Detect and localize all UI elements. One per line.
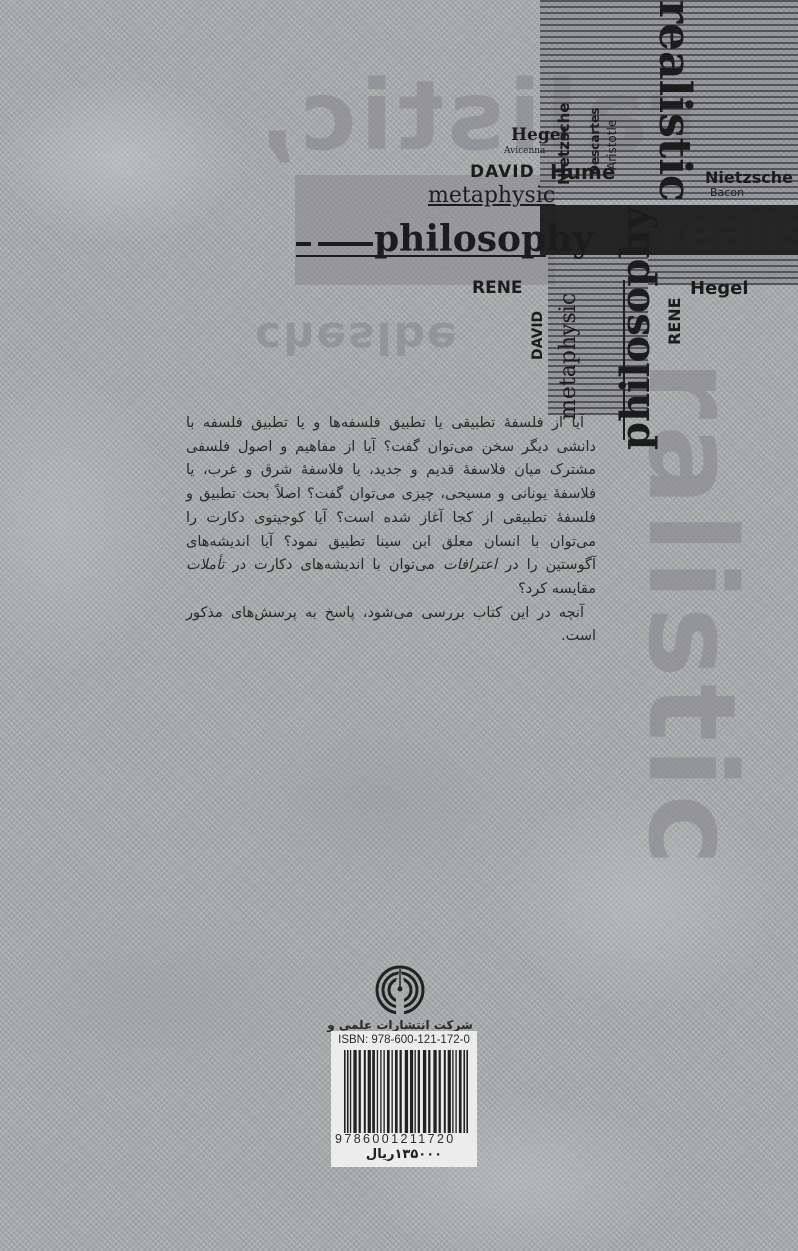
collage-word-realism: realism bbox=[660, 205, 798, 261]
collage-word-avicenna: Avicenna bbox=[504, 146, 545, 156]
vertical-rule bbox=[623, 280, 625, 440]
underline-rule bbox=[296, 255, 546, 257]
collage-vertical-descartes: Descartes bbox=[588, 108, 602, 175]
price-label: ۱۳۵۰۰۰ریال bbox=[331, 1147, 477, 1162]
back-cover-blurb: آیا از فلسفهٔ تطبیقی یا تطبیق فلسفه‌ها و… bbox=[186, 412, 596, 649]
dash-mark-1 bbox=[296, 242, 311, 246]
collage-word-bacon: Bacon bbox=[710, 186, 744, 199]
book-title-meditations: تأملات bbox=[186, 557, 225, 573]
collage-word-metaphysic: metaphysic bbox=[428, 183, 555, 208]
collage-vertical-david: DAVID bbox=[530, 311, 546, 360]
collage-word-hegel-lower: Hegel bbox=[690, 278, 749, 299]
collage-word-david: DAVID bbox=[470, 162, 535, 182]
pen-nib-concentric-circles-logo-icon bbox=[375, 965, 425, 1020]
collage-vertical-nietzsche: Nietzsche bbox=[555, 103, 573, 185]
collage-vertical-rene: RENE bbox=[665, 297, 684, 345]
ghost-lettering-middle: cheslbe bbox=[255, 312, 459, 363]
collage-vertical-philosophy: philosophy bbox=[612, 206, 659, 450]
collage-word-nietzsche: Nietzsche bbox=[705, 168, 793, 187]
book-title-confessions: اعترافات bbox=[443, 557, 497, 573]
collage-vertical-aristotle: Aristotle bbox=[605, 120, 619, 170]
collage-vertical-realistic: realistic bbox=[649, 0, 700, 202]
collage-word-philosophy: philosophy bbox=[374, 218, 593, 260]
blurb-paragraph-1: آیا از فلسفهٔ تطبیقی یا تطبیق فلسفه‌ها و… bbox=[186, 412, 596, 602]
blurb-paragraph-2: آنچه در این کتاب بررسی می‌شود، پاسخ به پ… bbox=[186, 602, 596, 649]
barcode-icon bbox=[344, 1050, 468, 1133]
collage-word-rene: RENE bbox=[472, 278, 523, 298]
isbn-number: ISBN: 978-600-121-172-0 bbox=[334, 1034, 474, 1046]
barcode-label: ISBN: 978-600-121-172-0 9786001211720 ۱۳… bbox=[331, 1031, 477, 1167]
collage-vertical-metaphysic: metaphysic bbox=[556, 293, 581, 420]
barcode-digits: 9786001211720 bbox=[335, 1132, 475, 1146]
dash-mark-2 bbox=[318, 242, 373, 246]
